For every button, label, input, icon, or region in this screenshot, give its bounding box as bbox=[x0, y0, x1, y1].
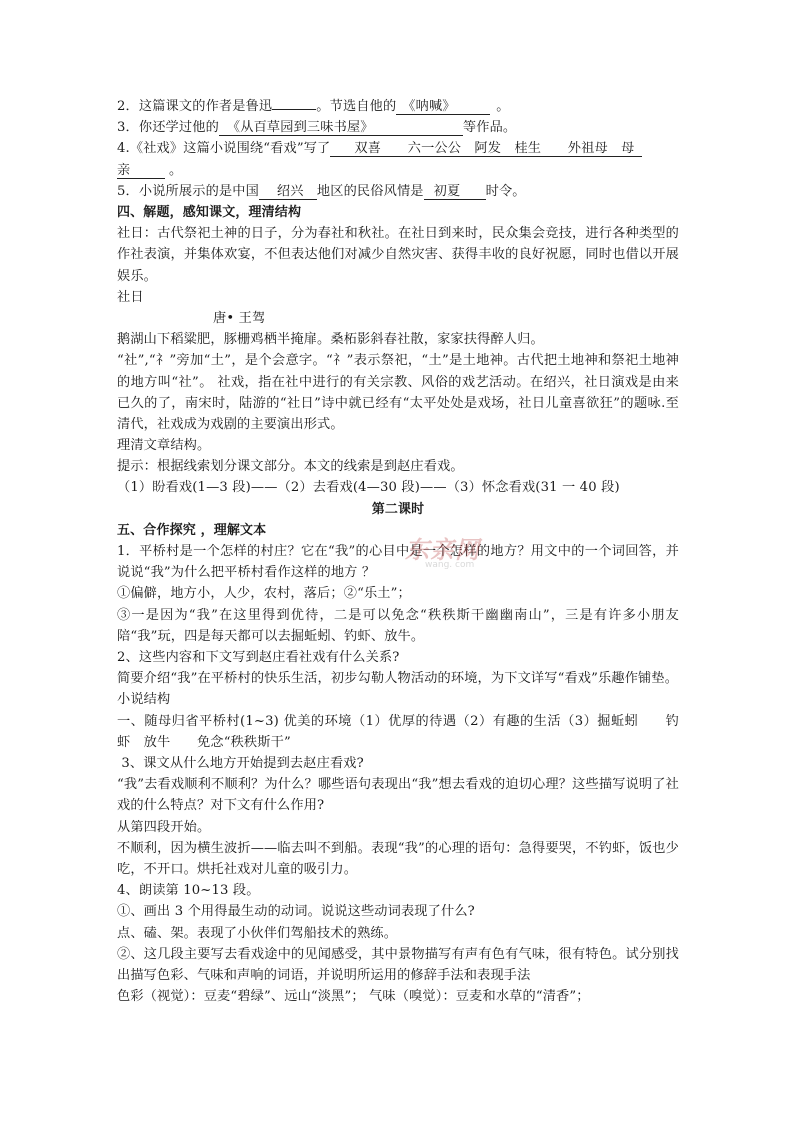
novel-structure-title: 小说结构 bbox=[117, 689, 679, 710]
q2-collection-blank: 《呐喊》 bbox=[396, 99, 490, 115]
novel-structure-line: 一、随母归省平桥村(1~3) 优美的环境（1）优厚的待遇（2）有趣的生活（3）掘… bbox=[117, 711, 679, 753]
section-5-heading: 五、合作探究 ，理解文本 bbox=[117, 520, 679, 541]
s5-answer-3-detail: 不顺利，因为横生波折——临去叫不到船。表现“我”的心理的语句：急得要哭，不钓虾，… bbox=[117, 838, 679, 880]
q4-characters-blank-line1: 双喜 六一公公 阿发 桂生 外祖母 母 bbox=[330, 141, 642, 157]
q5-region-blank: 绍兴 bbox=[259, 184, 317, 200]
document-page: 2．这篇课文的作者是鲁迅。节选自他的《呐喊》。 3．你还学过他的《从百草园到三味… bbox=[117, 96, 679, 1007]
lesson-2-title: 第二课时 bbox=[117, 499, 679, 520]
q3-suffix: 等作品。 bbox=[463, 120, 516, 135]
section-4-heading: 四、解题，感知课文，理清结构 bbox=[117, 202, 679, 223]
q4-characters-blank-line2: 亲 bbox=[117, 163, 165, 179]
poem-author: 唐• 王驾 bbox=[117, 308, 679, 329]
q2-suffix: 。 bbox=[490, 99, 509, 114]
structure-title: 理清文章结构。 bbox=[117, 435, 679, 456]
s5-answer-1-part2: ③一是因为“我”在这里得到优待，二是可以免念“秩秩斯干幽幽南山”，三是有许多小朋… bbox=[117, 605, 679, 647]
q5-season-blank: 初夏 bbox=[424, 184, 486, 200]
s5-question-1: 1．平桥村是一个怎样的村庄？它在“我”的心目中是一个怎样的地方？用文中的一个词回… bbox=[117, 541, 679, 583]
structure-parts: （1）盼看戏(1—3 段)——（2）去看戏(4—30 段)——（3）怀念看戏(3… bbox=[117, 477, 679, 498]
poem-title: 社日 bbox=[117, 287, 679, 308]
q4-suffix: 。 bbox=[165, 163, 182, 178]
q5-suffix: 时令。 bbox=[486, 184, 526, 199]
s5-question-3: 3、课文从什么地方开始提到去赵庄看戏? bbox=[117, 753, 679, 774]
question-5: 5．小说所展示的是中国绍兴地区的民俗风情是初夏时令。 bbox=[117, 181, 679, 202]
s5-answer-1-part1: ①偏僻，地方小，人少，农村，落后；②“乐土”； bbox=[117, 583, 679, 604]
s5-question-4-1: ①、画出 3 个用得最生动的动词。说说这些动词表现了什么? bbox=[117, 901, 679, 922]
sheri-definition: 社日：古代祭祀土神的日子，分为春社和秋社。在社日到来时，民众集会竞技，进行各种类… bbox=[117, 223, 679, 287]
q2-prefix: 2．这篇课文的作者是鲁迅 bbox=[117, 99, 272, 114]
question-4: 4.《社戏》这篇小说围绕“看戏”写了双喜 六一公公 阿发 桂生 外祖母 母 bbox=[117, 138, 679, 159]
q3-prefix: 3．你还学过他的 bbox=[117, 120, 219, 135]
s5-answer-4-1: 点、磕、架。表现了小伙伴们驾船技术的熟练。 bbox=[117, 923, 679, 944]
structure-hint: 提示：根据线索划分课文部分。本文的线索是到赵庄看戏。 bbox=[117, 456, 679, 477]
poem-text: 鹅湖山下稻粱肥，豚栅鸡栖半掩扉。桑柘影斜春社散，家家扶得醉人归。 bbox=[117, 329, 679, 350]
question-4-cont: 亲。 bbox=[117, 160, 679, 181]
s5-answer-2: 简要介绍“我”在平桥村的快乐生活，初步勾勒人物活动的环境，为下文详写“看戏”乐趣… bbox=[117, 668, 679, 689]
she-character-explanation: “社”,“礻”旁加“土”，是个会意字。“礻”表示祭祀，“土”是土地神。古代把土地… bbox=[117, 350, 679, 435]
question-2: 2．这篇课文的作者是鲁迅。节选自他的《呐喊》。 bbox=[117, 96, 679, 117]
q4-prefix: 4.《社戏》这篇小说围绕“看戏”写了 bbox=[117, 141, 330, 156]
s5-question-2: 2、这些内容和下文写到赵庄看社戏有什么关系? bbox=[117, 647, 679, 668]
s5-question-3-detail: “我”去看戏顺利不顺利？为什么？哪些语句表现出“我”想去看戏的迫切心理？这些描写… bbox=[117, 774, 679, 816]
q5-prefix: 5．小说所展示的是中国 bbox=[117, 184, 259, 199]
q2-middle: 。节选自他的 bbox=[316, 99, 396, 114]
s5-question-4-2: ②、这几段主要写去看戏途中的见闻感受，其中景物描写有声有色有气味，很有特色。试分… bbox=[117, 944, 679, 986]
s5-question-4: 4、朗读第 10~13 段。 bbox=[117, 880, 679, 901]
q5-middle: 地区的民俗风情是 bbox=[317, 184, 424, 199]
s5-answer-3-start: 从第四段开始。 bbox=[117, 817, 679, 838]
s5-answer-4-2: 色彩（视觉）：豆麦“碧绿”、远山“淡黑”； 气味（嗅觉）：豆麦和水草的“清香”； bbox=[117, 986, 679, 1007]
q2-author-blank bbox=[272, 109, 316, 110]
question-3: 3．你还学过他的《从百草园到三味书屋》等作品。 bbox=[117, 117, 679, 138]
q3-works-blank: 《从百草园到三味书屋》 bbox=[219, 120, 463, 136]
